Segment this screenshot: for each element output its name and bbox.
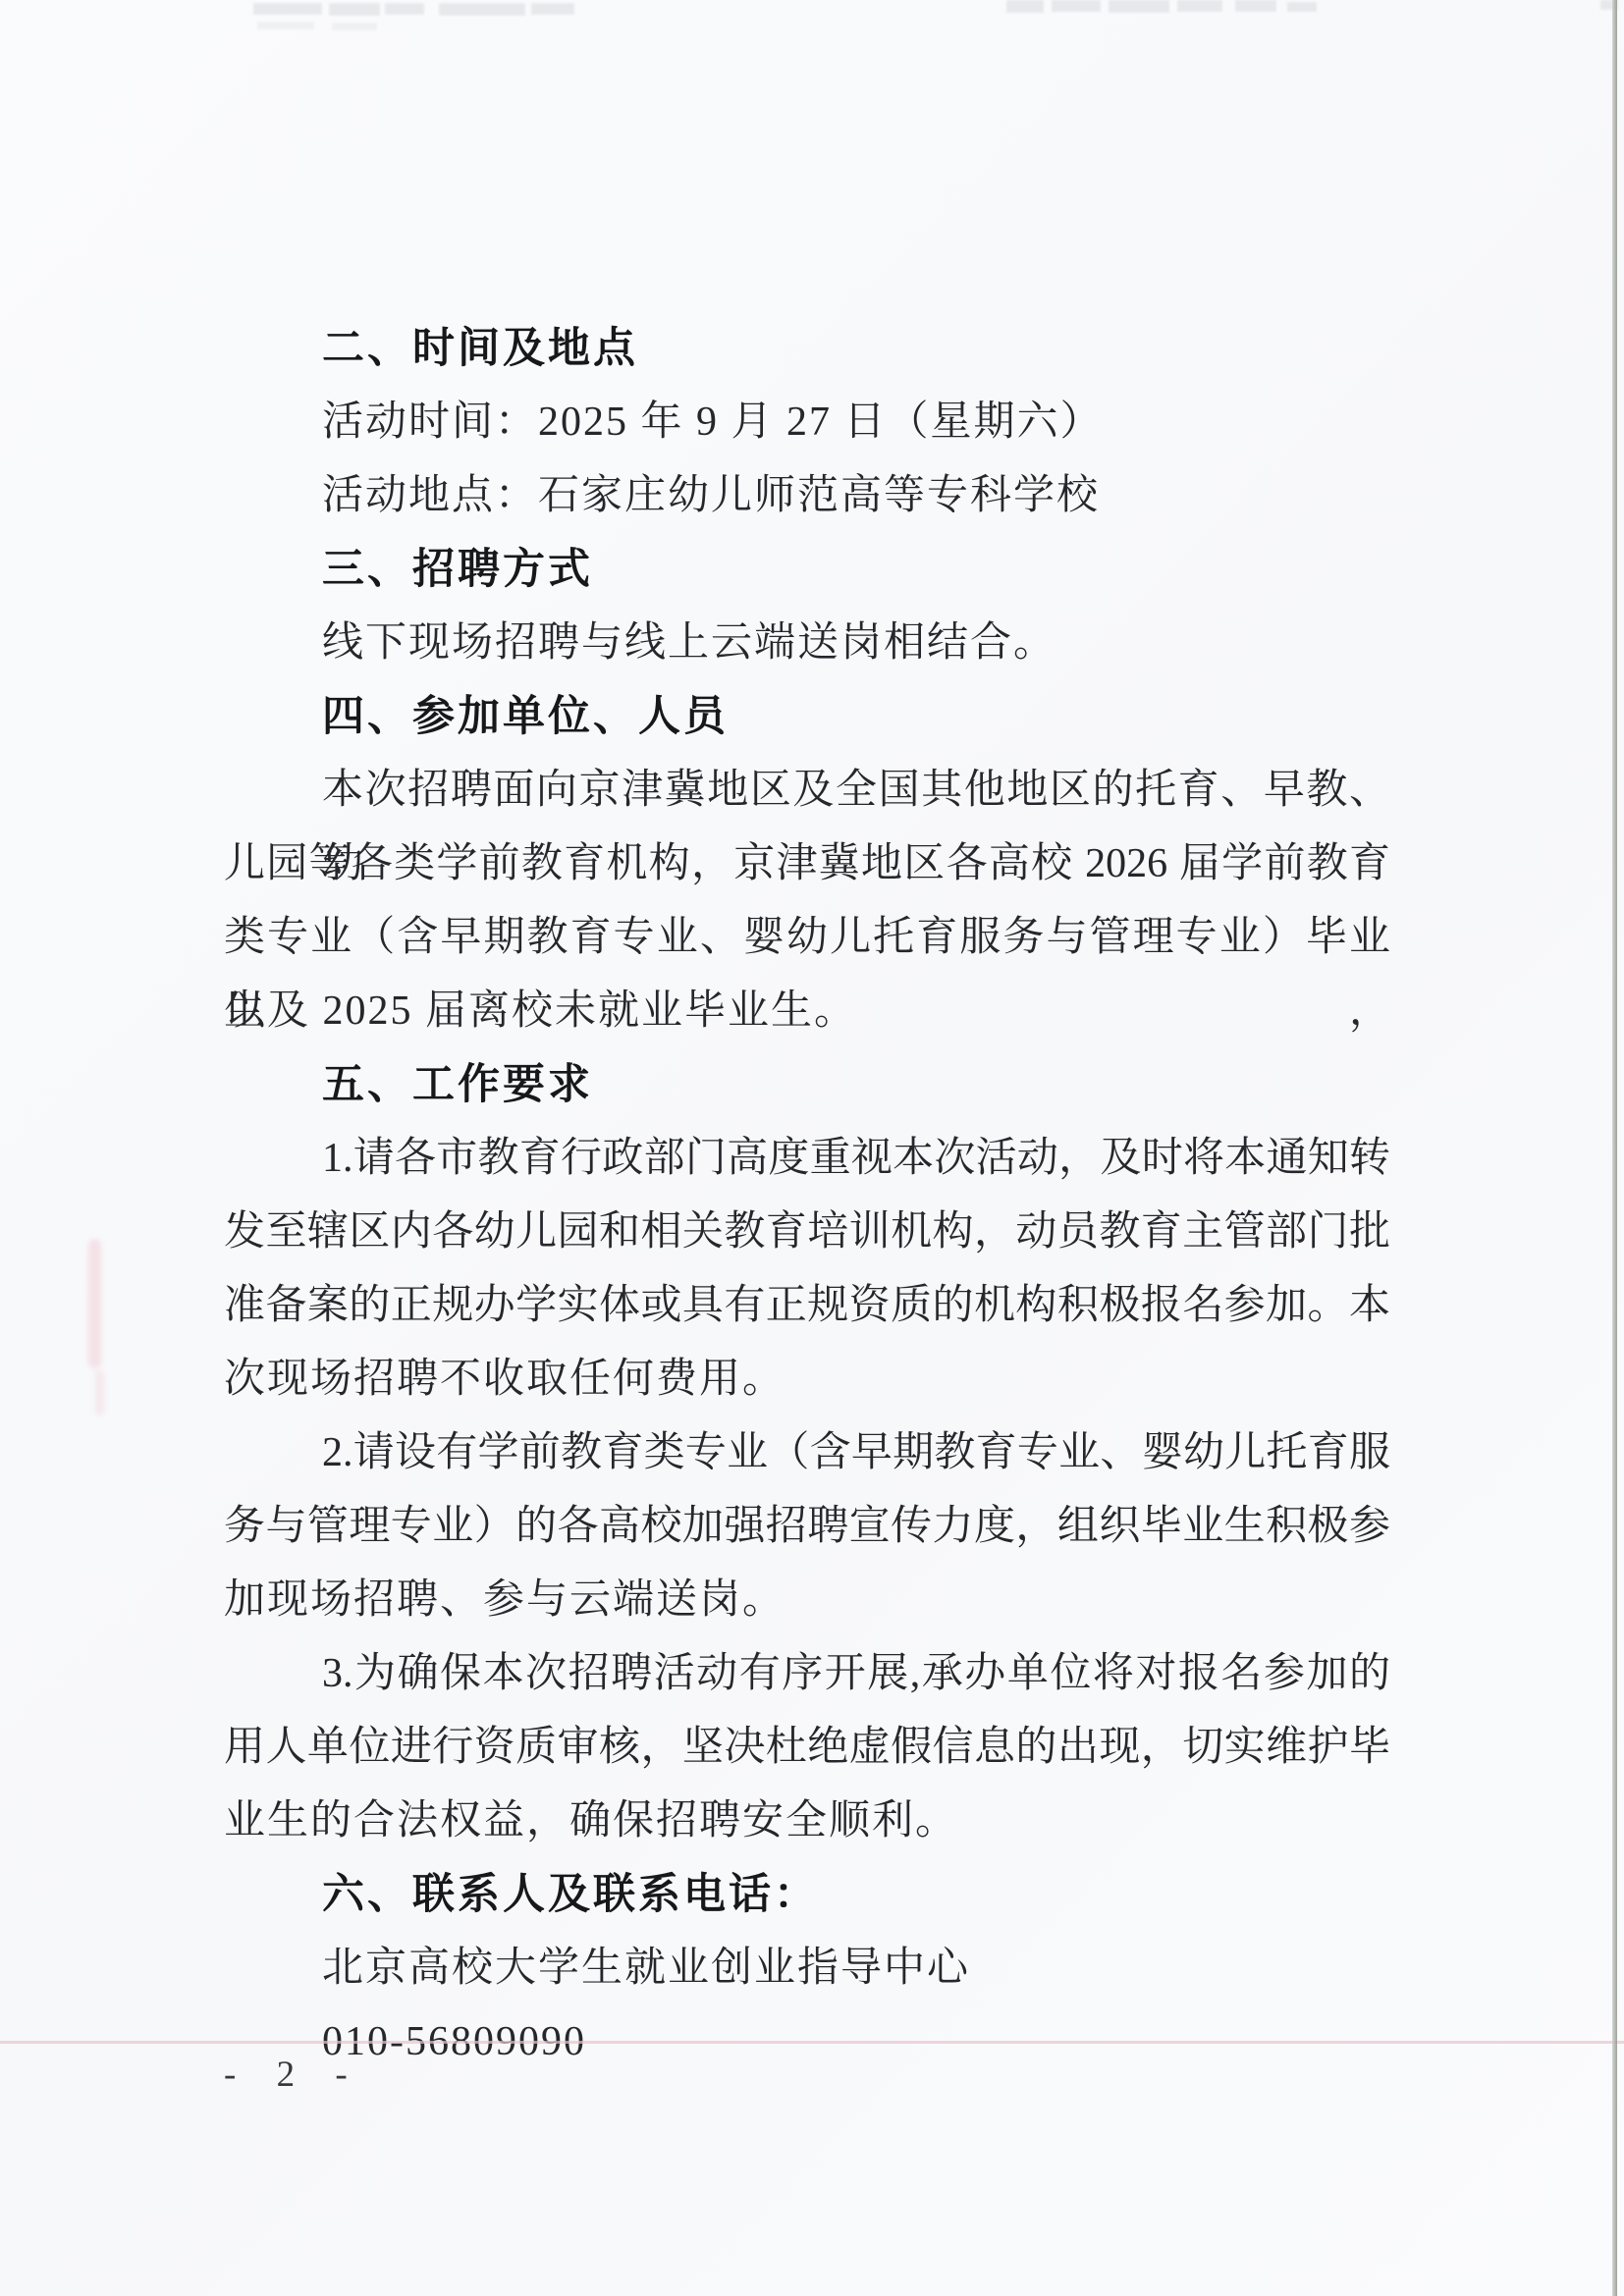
line-recruitment-mode: 线下现场招聘与线上云端送岗相结合。 [224,607,1390,680]
para-requirement-2-line-3: 加现场招聘、参与云端送岗。 [224,1564,1390,1637]
heading-section-6: 六、联系人及联系电话： [224,1858,1390,1932]
para-participants-line-2: 儿园等各类学前教育机构，京津冀地区各高校 2026 届学前教育 [224,828,1390,901]
para-requirement-1-line-3: 准备案的正规办学实体或具有正规资质的机构积极报名参加。本 [224,1269,1390,1343]
scanned-document-page: 二、时间及地点 活动时间：2025 年 9 月 27 日（星期六） 活动地点：石… [0,0,1624,2296]
para-participants-line-1: 本次招聘面向京津冀地区及全国其他地区的托育、早教、幼 [224,754,1390,828]
ink-bleed-mark [253,3,322,15]
para-requirement-1-line-1: 1.请各市教育行政部门高度重视本次活动，及时将本通知转 [224,1122,1390,1196]
heading-section-3: 三、招聘方式 [224,533,1390,607]
heading-section-2: 二、时间及地点 [224,312,1390,386]
line-event-venue: 活动地点：石家庄幼儿师范高等专科学校 [224,459,1390,533]
ink-bleed-mark [1235,0,1276,12]
pink-ink-smudge [95,1370,104,1415]
ink-bleed-mark [531,3,574,15]
ink-bleed-mark [257,22,314,29]
ink-bleed-mark [1287,2,1317,12]
para-requirement-2-line-2: 务与管理专业）的各高校加强招聘宣传力度，组织毕业生积极参 [224,1490,1390,1564]
heading-section-5: 五、工作要求 [224,1048,1390,1122]
para-requirement-2-line-1: 2.请设有学前教育类专业（含早期教育专业、婴幼儿托育服 [224,1416,1390,1490]
ink-bleed-mark [1177,0,1222,12]
para-requirement-3-line-3: 业生的合法权益，确保招聘安全顺利。 [224,1785,1390,1858]
para-participants-line-3: 类专业（含早期教育专业、婴幼儿托育服务与管理专业）毕业生， [224,901,1390,975]
para-requirement-3-line-1: 3.为确保本次招聘活动有序开展,承办单位将对报名参加的 [224,1637,1390,1711]
heading-section-4: 四、参加单位、人员 [224,680,1390,754]
para-requirement-1-line-2: 发至辖区内各幼儿园和相关教育培训机构，动员教育主管部门批 [224,1196,1390,1269]
ink-bleed-mark [1052,0,1101,12]
ink-bleed-mark [385,3,424,15]
pink-scan-line [0,2041,1624,2044]
ink-bleed-mark [329,3,380,16]
scan-edge-line [1612,0,1617,2296]
pink-ink-smudge [88,1239,101,1368]
line-event-time: 活动时间：2025 年 9 月 27 日（星期六） [224,386,1390,459]
line-contact-org: 北京高校大学生就业创业指导中心 [224,1932,1390,2005]
para-requirement-3-line-2: 用人单位进行资质审核，坚决杜绝虚假信息的出现，切实维护毕 [224,1711,1390,1785]
para-requirement-1-line-4: 次现场招聘不收取任何费用。 [224,1343,1390,1416]
ink-bleed-mark [1109,0,1169,13]
ink-bleed-mark [439,3,525,16]
ink-bleed-mark [332,23,377,30]
ink-bleed-mark [1006,0,1044,13]
page-number: - 2 - [224,2054,363,2096]
document-body: 二、时间及地点 活动时间：2025 年 9 月 27 日（星期六） 活动地点：石… [224,312,1390,2079]
